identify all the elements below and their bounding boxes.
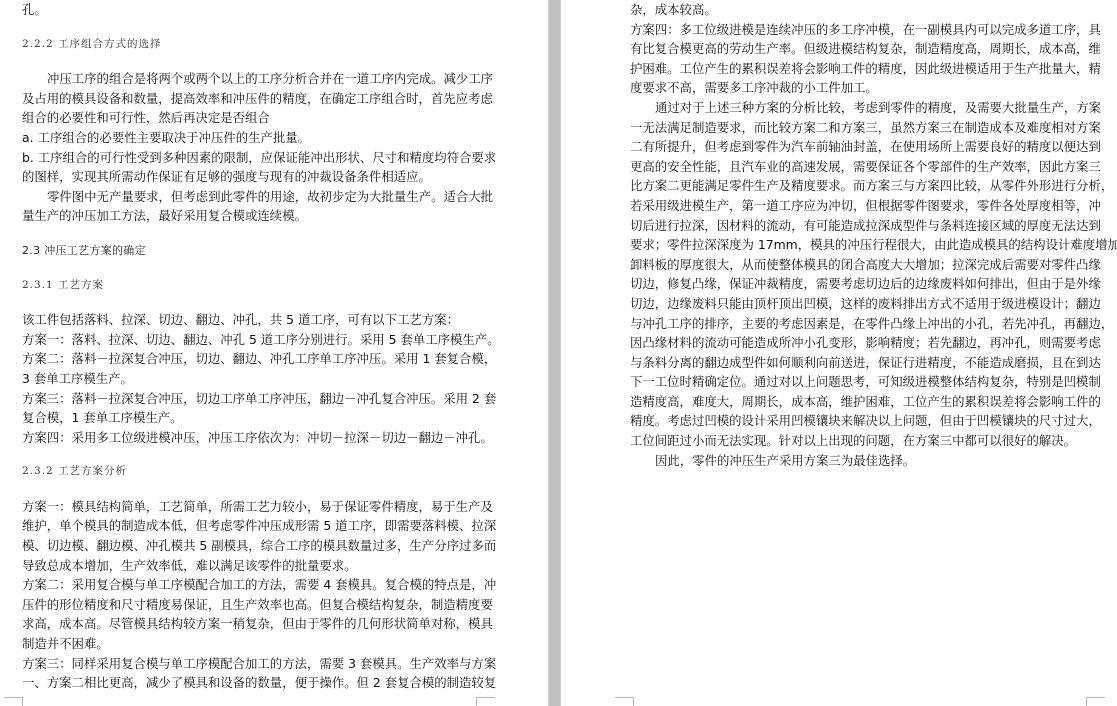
page-content-left: 孔。2.2.2 工序组合方式的选择冲压工序的组合是将两个或两个以上的工序分析合并… <box>22 0 476 693</box>
spacer <box>22 447 476 462</box>
text-line: 的图样，实现其所需动作保证有足够的强度与现有的冲裁设备条件相适应。 <box>22 167 476 187</box>
text-line: 造精度高，难度大，周期长，成本高，维护困难，工位产生的累积误差将会影响工件的 <box>630 392 1087 412</box>
text-line: 导致总成本增加，生产效率低，难以满足该零件的批量要求。 <box>22 556 476 576</box>
text-line: 护困难。工位产生的累积误差将会影响工件的精度，因此级进模适用于生产批量大，精 <box>630 59 1087 79</box>
text-line: 量生产的冲压加工方法，最好采用复合模或连续模。 <box>22 206 476 226</box>
section-heading: 2.3.1 工艺方案 <box>22 276 476 296</box>
text-line: 杂，成本较高。 <box>630 0 1087 20</box>
section-heading: 2.2.2 工序组合方式的选择 <box>22 35 476 55</box>
text-line: 3 套单工序模生产。 <box>22 369 476 389</box>
text-line: 因此，零件的冲压生产采用方案三为最佳选择。 <box>630 451 1087 471</box>
spacer <box>22 226 476 241</box>
text-line: 精度。考虑过凹模的设计采用凹模镶块来解决以上问题，但由于凹模镶块的尺寸过大， <box>630 411 1087 431</box>
spacer <box>22 482 476 497</box>
text-line: 冲压工序的组合是将两个或两个以上的工序分析合并在一道工序内完成。减少工序 <box>22 69 476 89</box>
document-page-right: 杂，成本较高。方案四：多工位级进模是连续冲压的多工序冲模，在一副模具内可以完成多… <box>561 0 1117 706</box>
text-line: 方案一：落料、拉深、切边、翻边、冲孔 5 道工序分别进行。采用 5 套单工序模生… <box>22 330 476 350</box>
text-line: 维护，单个模具的制造成本低，但考虑零件冲压成形需 5 道工序，即需要落料模、拉深 <box>22 516 476 536</box>
text-line: 若采用级进模生产，第一道工序应为冲切，但根据零件图要求，零件各处厚度相等，冲 <box>630 196 1087 216</box>
crop-mark-bottom-left <box>615 697 634 706</box>
text-line: 比方案二更能满足零件生产及精度要求。而方案三与方案四比较，从零件外形进行分析， <box>630 176 1087 196</box>
text-line: 通过对于上述三种方案的分析比较，考虑到零件的精度，及需要大批量生产，方案 <box>630 98 1087 118</box>
text-line: 有比复合模更高的劳动生产率。但级进模结构复杂，制造精度高，周期长，成本高，维 <box>630 39 1087 59</box>
text-line: 及占用的模具设备和数量，提高效率和冲压件的精度，在确定工序组合时，首先应考虑 <box>22 89 476 109</box>
text-line: 切边，边缘废料只能由顶杆顶出凹模，这样的废料排出方式不适用于级进模设计；翻边 <box>630 294 1087 314</box>
text-line: 下一工位时精确定位。通过对以上问题思考，可知级进模整体结构复杂，特别是凹模制 <box>630 372 1087 392</box>
spacer <box>22 54 476 69</box>
section-heading: 2.3.2 工艺方案分析 <box>22 462 476 482</box>
text-line: 方案四：多工位级进模是连续冲压的多工序冲模，在一副模具内可以完成多道工序，具 <box>630 20 1087 40</box>
page-content-right: 杂，成本较高。方案四：多工位级进模是连续冲压的多工序冲模，在一副模具内可以完成多… <box>630 0 1087 470</box>
text-line: 一无法满足制造要求，而比较方案二和方案三，虽然方案三在制造成本及难度相对方案 <box>630 118 1087 138</box>
text-line: 方案二：采用复合模与单工序模配合加工的方法，需要 4 套模具。复合模的特点是，冲 <box>22 575 476 595</box>
text-line: 复合模，1 套单工序模生产。 <box>22 408 476 428</box>
text-line: 切边，修复凸缘，保证冲裁精度，需要考虑切边后的边缘废料如何排出，但由于是外缘 <box>630 274 1087 294</box>
spacer <box>22 20 476 35</box>
text-line: 工位间距过小而无法实现。针对以上出现的问题，在方案三中都可以很好的解决。 <box>630 431 1087 451</box>
spacer <box>22 261 476 276</box>
crop-mark-bottom-left <box>4 697 23 706</box>
text-line: 度要求不高，需要多工序冲裁的小工件加工。 <box>630 78 1087 98</box>
text-line: 求高，成本高。尽管模具结构较方案一稍复杂，但由于零件的几何形状简单对称，模具 <box>22 614 476 634</box>
text-line: 更高的安全性能，且汽车业的高速发展，需要保证各个零部件的生产效率，因此方案三 <box>630 157 1087 177</box>
text-line: 模、切边模、翻边模、冲孔模共 5 副模具，综合工序的模具数量过多，生产分序过多而 <box>22 536 476 556</box>
text-line: 要求；零件拉深深度为 17mm，模具的冲压行程很大，由此造成模具的结构设计难度增… <box>630 235 1087 255</box>
text-line: 卸料板的厚度很大，从而使整体模具的闭合高度大大增加；拉深完成后需要对零件凸缘 <box>630 255 1087 275</box>
text-line: 方案二：落料－拉深复合冲压，切边、翻边、冲孔工序单工序冲压。采用 1 套复合模， <box>22 349 476 369</box>
text-line: 制造并不困难。 <box>22 634 476 654</box>
text-line: 方案三：同样采用复合模与单工序模配合加工的方法，需要 3 套模具。生产效率与方案 <box>22 654 476 674</box>
text-line: 该工件包括落料、拉深、切边、翻边、冲孔，共 5 道工序，可有以下工艺方案： <box>22 310 476 330</box>
text-line: 二有所提升，但考虑到零件为汽车前轴油封盖，在使用场所上需要良好的精度以便达到 <box>630 137 1087 157</box>
text-line: 方案三：落料－拉深复合冲压，切边工序单工序冲压，翻边－冲孔复合冲压。采用 2 套 <box>22 389 476 409</box>
page-separator <box>548 0 561 706</box>
text-line: a. 工序组合的必要性主要取决于冲压件的生产批量。 <box>22 128 476 148</box>
text-line: 一、方案二相比更高，减少了模具和设备的数量，便于操作。但 2 套复合模的制造较复 <box>22 673 476 693</box>
text-line: 孔。 <box>22 0 476 20</box>
text-line: 方案四：采用多工位级进模冲压，冲压工序依次为：冲切－拉深－切边－翻边－冲孔。 <box>22 428 476 448</box>
text-line: 与条料分离的翻边成型件如何顺利向前送进，保证行进精度，不能造成磨损，且在到达 <box>630 353 1087 373</box>
text-line: 切后进行拉深，因材料的流动，有可能造成拉深成型件与条料连接区域的厚度无法达到 <box>630 216 1087 236</box>
document-page-left: 孔。2.2.2 工序组合方式的选择冲压工序的组合是将两个或两个以上的工序分析合并… <box>0 0 548 706</box>
text-line: 方案一：模具结构简单，工艺简单，所需工艺力较小，易于保证零件精度，易于生产及 <box>22 497 476 517</box>
text-line: 组合的必要性和可行性，然后再决定是否组合 <box>22 108 476 128</box>
text-line: 压件的形位精度和尺寸精度易保证，且生产效率也高。但复合模结构复杂，制造精度要 <box>22 595 476 615</box>
text-line: 因凸缘材料的流动可能造成所冲小孔变形，影响精度；若先翻边，再冲孔，则需要考虑 <box>630 333 1087 353</box>
crop-mark-bottom-right <box>476 697 495 706</box>
crop-mark-bottom-right <box>1086 697 1105 706</box>
section-heading: 2.3 冲压工艺方案的确定 <box>22 241 476 261</box>
text-line: 与冲孔工序的排序，主要的考虑因素是，在零件凸缘上冲出的小孔，若先冲孔，再翻边， <box>630 314 1087 334</box>
text-line: 零件图中无产量要求，但考虑到此零件的用途，故初步定为大批量生产。适合大批 <box>22 187 476 207</box>
spacer <box>22 295 476 310</box>
text-line: b. 工序组合的可行性受到多种因素的限制，应保证能冲出形状、尺寸和精度均符合要求 <box>22 148 476 168</box>
